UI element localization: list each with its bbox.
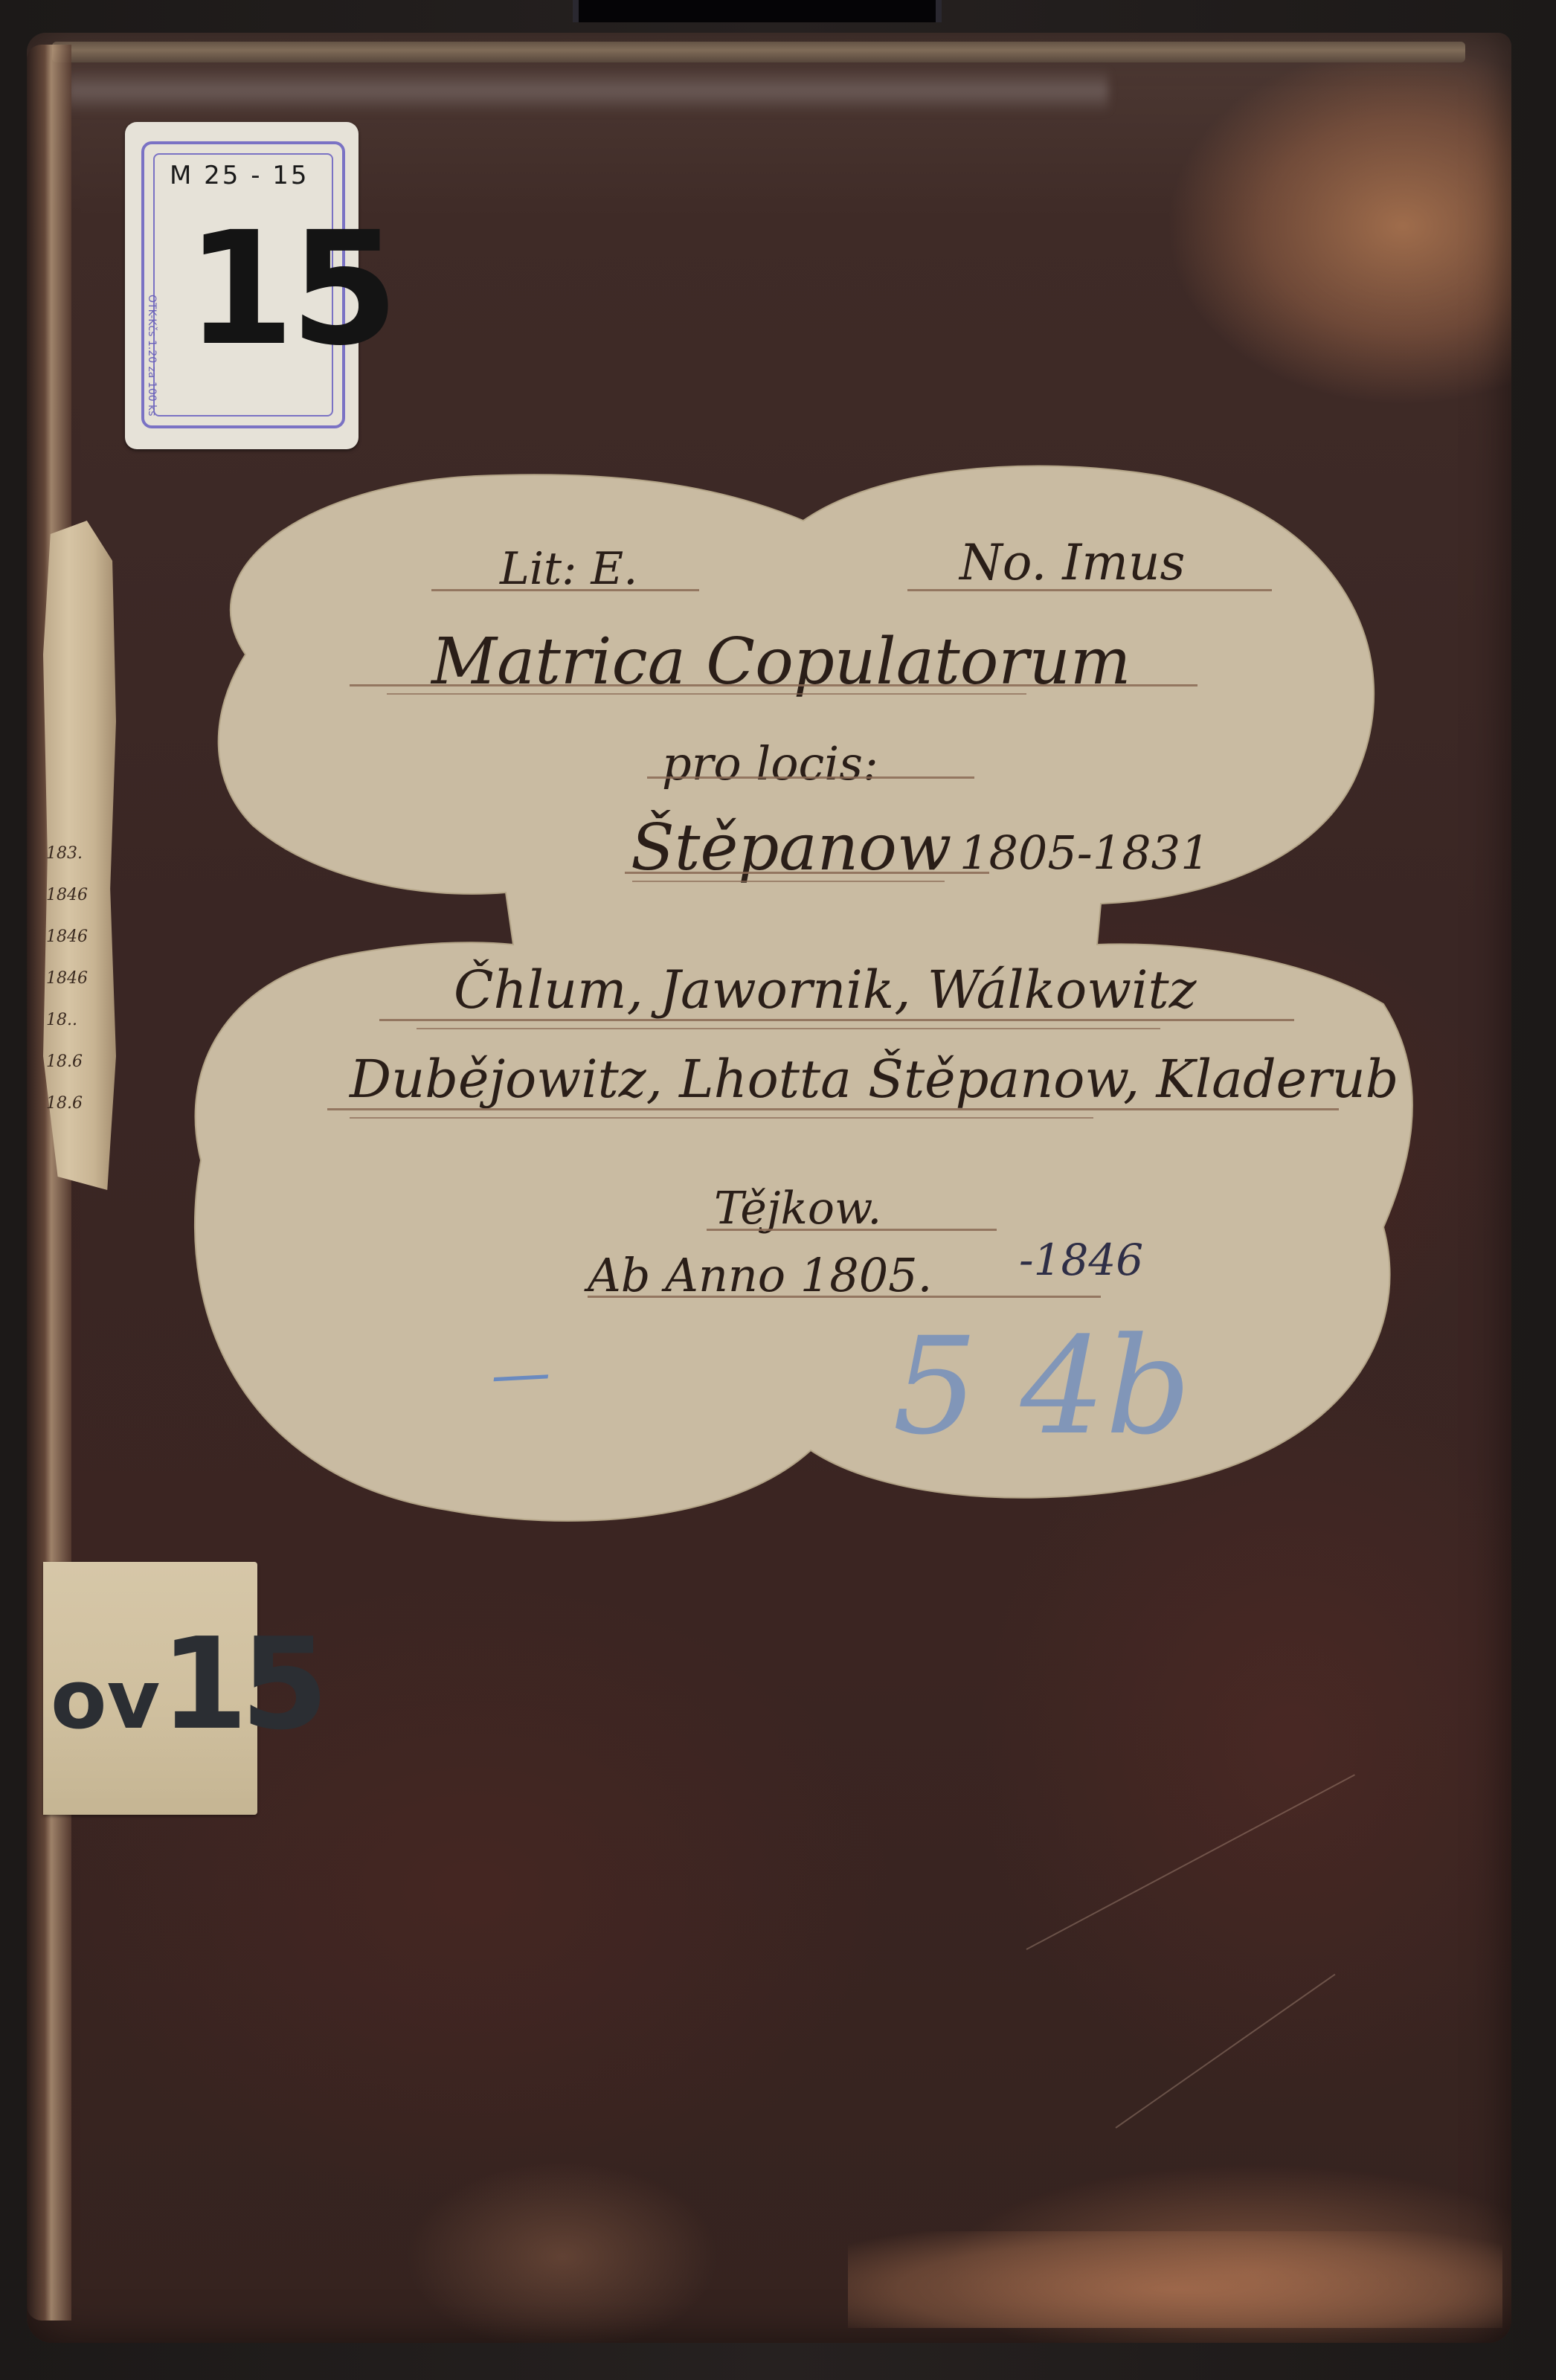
rule bbox=[350, 684, 1197, 686]
main-locality: Štěpanow bbox=[631, 811, 951, 885]
end-year: -1846 bbox=[1019, 1235, 1143, 1285]
worn-leather-patch bbox=[848, 2231, 1502, 2328]
rule bbox=[350, 1117, 1093, 1119]
ab-anno: Ab Anno 1805. bbox=[588, 1248, 932, 1302]
localities-line-1: Čhlum, Jawornik, Wálkowitz bbox=[454, 959, 1197, 1020]
volume-number: No. Imus bbox=[959, 534, 1185, 591]
lit-designation: Lit: E. bbox=[500, 543, 637, 595]
rule bbox=[647, 776, 974, 779]
blue-pencil-note: 5 4b bbox=[893, 1309, 1191, 1464]
main-locality-years: 1805-1831 bbox=[959, 826, 1210, 880]
localities-line-2: Dubějowitz, Lhotta Štěpanow, Kladerub bbox=[350, 1049, 1398, 1110]
rule bbox=[417, 1028, 1160, 1029]
rule bbox=[387, 693, 1026, 695]
bottom-spine-label: ov15 bbox=[43, 1562, 257, 1815]
rule bbox=[907, 589, 1272, 591]
rule bbox=[707, 1229, 997, 1231]
blue-pencil-dash: — bbox=[489, 1337, 553, 1409]
bottom-label-text: ov15 bbox=[51, 1621, 321, 1748]
bottom-label-number: 15 bbox=[160, 1611, 321, 1758]
extra-locality: Tějkow. bbox=[714, 1183, 881, 1235]
register-title: Matrica Copulatorum bbox=[431, 625, 1131, 699]
pro-locis-label: pro locis: bbox=[662, 736, 878, 791]
rule bbox=[431, 589, 699, 591]
rule bbox=[632, 881, 945, 882]
rule bbox=[379, 1019, 1294, 1021]
rule bbox=[588, 1296, 1101, 1298]
bottom-label-suffix: ov bbox=[51, 1652, 160, 1747]
rule bbox=[327, 1108, 1339, 1110]
rule bbox=[625, 872, 989, 874]
